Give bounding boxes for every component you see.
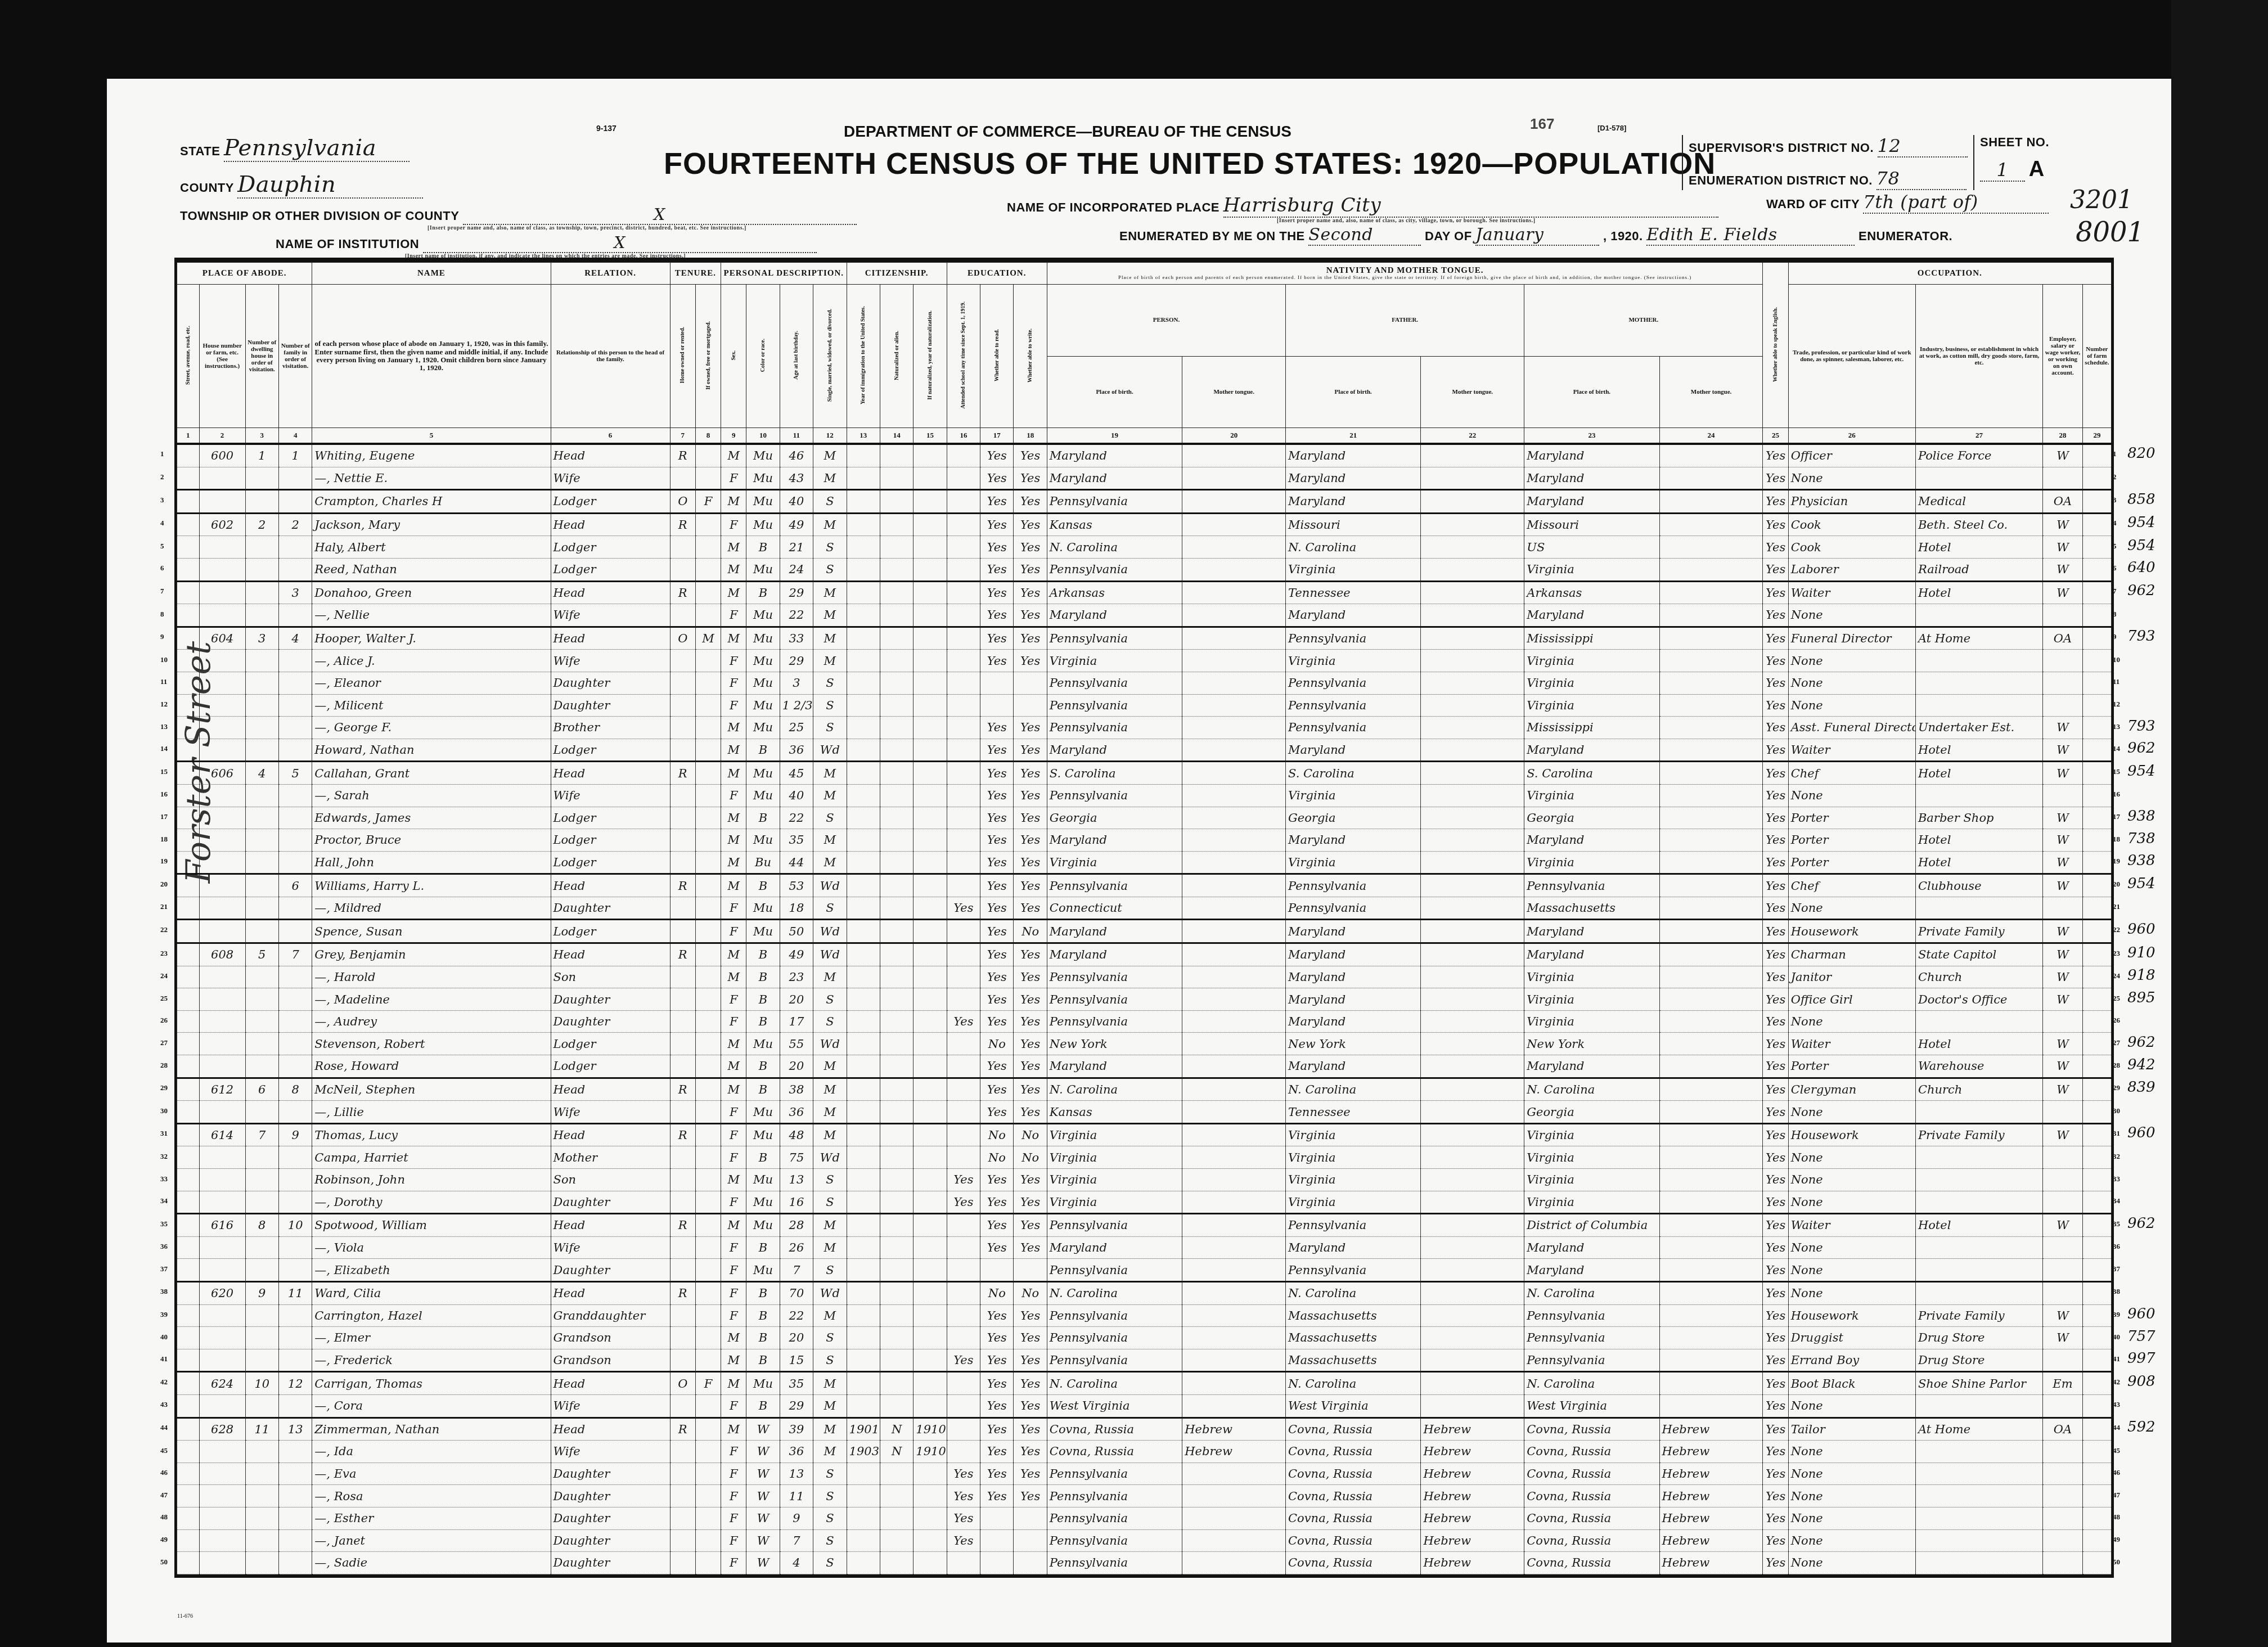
cell-pob: Pennsylvania (1047, 694, 1182, 717)
cell-natyr (913, 1010, 947, 1033)
cell-fpob: Pennsylvania (1286, 1259, 1421, 1282)
cell-mpob: Mississippi (1524, 627, 1659, 650)
line-number: 37 (160, 1264, 168, 1273)
occupation-code: 954 (2127, 875, 2155, 892)
cell-english: Yes (1763, 1441, 1788, 1463)
cell-fpob: Covna, Russia (1286, 1485, 1421, 1507)
column-number: 27 (1915, 428, 2042, 444)
cell-sex: F (721, 1010, 746, 1033)
cell-marital: M (813, 1236, 847, 1259)
cell-school (947, 1236, 980, 1259)
cell-tongue (1182, 1327, 1286, 1349)
cell-immig (847, 739, 880, 762)
cell-industry: Drug Store (1915, 1349, 2042, 1372)
line-number-right: 2 (2113, 472, 2117, 481)
cell-sex: F (721, 1123, 746, 1146)
cell-nat (880, 1101, 913, 1124)
cell-nat (880, 1033, 913, 1055)
cell-age: 36 (780, 1101, 813, 1124)
cell-industry: At Home (1915, 627, 2042, 650)
cell-industry: Clubhouse (1915, 874, 2042, 897)
cell-class: W (2043, 807, 2083, 829)
cell-sex: F (721, 897, 746, 920)
cell-mtongue (1659, 920, 1763, 943)
cell-street (177, 650, 200, 672)
cell-house: 624 (199, 1372, 245, 1395)
col-header-14: Naturalized or alien. (880, 285, 913, 428)
cell-natyr (913, 874, 947, 897)
cell-mpob: Maryland (1524, 1236, 1659, 1259)
line-number-right: 6 (2113, 564, 2117, 573)
table-row: —, JanetDaughterFW7SYesPennsylvaniaCovna… (177, 1529, 2112, 1552)
cell-ftongue (1421, 1394, 1524, 1417)
cell-natyr (913, 1349, 947, 1372)
cell-school (947, 1123, 980, 1146)
cell-class: W (2043, 1214, 2083, 1237)
district-block: SUPERVISOR'S DISTRICT NO. 12 ENUMERATION… (1682, 135, 1974, 190)
cell-write: No (1014, 920, 1047, 943)
cell-sex: M (721, 536, 746, 559)
line-number-right: 8 (2113, 610, 2117, 619)
line-number-right: 47 (2113, 1491, 2120, 1500)
cell-industry: Beth. Steel Co. (1915, 513, 2042, 536)
cell-tongue (1182, 829, 1286, 852)
cell-farm (2082, 1146, 2111, 1169)
cell-pob: Maryland (1047, 1055, 1182, 1078)
cell-farm (2082, 1507, 2111, 1529)
cell-school (947, 490, 980, 514)
cell-age: 26 (780, 1236, 813, 1259)
cell-race: W (746, 1485, 780, 1507)
cell-mpob: S. Carolina (1524, 762, 1659, 785)
cell-english: Yes (1763, 694, 1788, 717)
cell-nat (880, 943, 913, 966)
cell-immig (847, 1033, 880, 1055)
cell-immig (847, 1529, 880, 1552)
cell-school (947, 1078, 980, 1101)
cell-tongue (1182, 874, 1286, 897)
cell-english: Yes (1763, 1191, 1788, 1214)
cell-class (2043, 1010, 2083, 1033)
cell-industry: Church (1915, 966, 2042, 988)
cell-english: Yes (1763, 672, 1788, 694)
cell-own (670, 807, 695, 829)
cell-name: —, Elizabeth (312, 1259, 551, 1282)
cell-tongue (1182, 1214, 1286, 1237)
line-number: 7 (160, 587, 164, 596)
cell-english: Yes (1763, 1259, 1788, 1282)
cell-trade: None (1788, 1529, 1915, 1552)
cell-fpob: Tennessee (1286, 581, 1421, 604)
line-number-right: 48 (2113, 1513, 2120, 1522)
cell-marital: S (813, 1529, 847, 1552)
cell-mort (695, 1441, 721, 1463)
column-number: 9 (721, 428, 746, 444)
cell-own (670, 1394, 695, 1417)
county-label: COUNTY (180, 181, 234, 195)
cell-race: Mu (746, 1259, 780, 1282)
cell-ftongue (1421, 1078, 1524, 1101)
cell-house (199, 1169, 245, 1191)
cell-mtongue (1659, 1191, 1763, 1214)
cell-own: R (670, 444, 695, 467)
cell-ftongue (1421, 717, 1524, 739)
cell-school: Yes (947, 1010, 980, 1033)
cell-relation: Grandson (551, 1327, 670, 1349)
cell-write: Yes (1014, 1485, 1047, 1507)
cell-pob: Connecticut (1047, 897, 1182, 920)
cell-own (670, 467, 695, 490)
cell-house (199, 784, 245, 807)
cell-nat (880, 1304, 913, 1327)
cell-age: 38 (780, 1078, 813, 1101)
cell-mpob: Maryland (1524, 943, 1659, 966)
table-row: Carrington, HazelGranddaughterFB22MYesYe… (177, 1304, 2112, 1327)
cell-natyr (913, 1485, 947, 1507)
cell-class: W (2043, 581, 2083, 604)
cell-pob: Virginia (1047, 650, 1182, 672)
cell-age: 33 (780, 627, 813, 650)
cell-mpob: Covna, Russia (1524, 1485, 1659, 1507)
nativity-note: Place of birth of each person and parent… (1048, 275, 1762, 281)
cell-own (670, 1010, 695, 1033)
cell-name: —, Mildred (312, 897, 551, 920)
cell-family (278, 536, 312, 559)
cell-trade: None (1788, 467, 1915, 490)
cell-read (980, 694, 1014, 717)
cell-name: —, Lillie (312, 1101, 551, 1124)
cell-trade: Physician (1788, 490, 1915, 514)
occupation-code: 910 (2127, 944, 2155, 961)
table-row: 3Donahoo, GreenHeadRMB29MYesYesArkansasT… (177, 581, 2112, 604)
col-header-1: Street, avenue, road, etc. (177, 285, 200, 428)
cell-read: Yes (980, 851, 1014, 874)
cell-mort (695, 829, 721, 852)
cell-dwelling (245, 1394, 278, 1417)
cell-age: 39 (780, 1417, 813, 1441)
cell-mpob: Virginia (1524, 650, 1659, 672)
cell-ftongue (1421, 1010, 1524, 1033)
cell-ftongue (1421, 988, 1524, 1011)
cell-dwelling (245, 650, 278, 672)
cell-ftongue (1421, 536, 1524, 559)
cell-dwelling: 7 (245, 1123, 278, 1146)
cell-immig (847, 1146, 880, 1169)
cell-industry (1915, 1236, 2042, 1259)
cell-class (2043, 1441, 2083, 1463)
cell-age: 45 (780, 762, 813, 785)
cell-mort (695, 807, 721, 829)
cell-relation: Daughter (551, 694, 670, 717)
cell-mort (695, 1485, 721, 1507)
cell-marital: S (813, 1169, 847, 1191)
cell-mort (695, 1123, 721, 1146)
cell-dwelling (245, 694, 278, 717)
cell-trade: Druggist (1788, 1327, 1915, 1349)
cell-pob: West Virginia (1047, 1394, 1182, 1417)
col-header-22: Mother tongue. (1421, 356, 1524, 428)
line-number-right: 20 (2113, 880, 2120, 889)
line-number: 48 (160, 1513, 168, 1522)
cell-industry: Hotel (1915, 536, 2042, 559)
cell-farm (2082, 1236, 2111, 1259)
cell-school (947, 1055, 980, 1078)
cell-dwelling (245, 784, 278, 807)
cell-farm (2082, 694, 2111, 717)
cell-street (177, 762, 200, 785)
cell-age: 20 (780, 1327, 813, 1349)
cell-relation: Son (551, 1169, 670, 1191)
cell-race: Mu (746, 650, 780, 672)
cell-english: Yes (1763, 1304, 1788, 1327)
line-number-right: 37 (2113, 1264, 2120, 1273)
col-header-16: Attended school any time since Sept. 1, … (947, 285, 980, 428)
cell-marital: M (813, 784, 847, 807)
cell-dwelling: 8 (245, 1214, 278, 1237)
cell-tongue (1182, 467, 1286, 490)
cell-natyr (913, 1281, 947, 1304)
cell-age: 55 (780, 1033, 813, 1055)
occupation-code: 938 (2127, 852, 2155, 869)
cell-age: 49 (780, 513, 813, 536)
cell-family: 13 (278, 1417, 312, 1441)
cell-sex: F (721, 650, 746, 672)
cell-relation: Lodger (551, 490, 670, 514)
margin-number-1: 3201 (2070, 186, 2133, 214)
cell-english: Yes (1763, 829, 1788, 852)
cell-street (177, 739, 200, 762)
cell-sex: M (721, 851, 746, 874)
cell-mpob: N. Carolina (1524, 1372, 1659, 1395)
col-header-13: Year of immigration to the United States… (847, 285, 880, 428)
cell-ftongue (1421, 1327, 1524, 1349)
cell-marital: Wd (813, 1146, 847, 1169)
line-number-right: 22 (2113, 925, 2120, 934)
cell-english: Yes (1763, 784, 1788, 807)
cell-mtongue (1659, 444, 1763, 467)
cell-read: No (980, 1281, 1014, 1304)
cell-own (670, 604, 695, 627)
cell-industry: Barber Shop (1915, 807, 2042, 829)
cell-natyr (913, 536, 947, 559)
cell-immig (847, 1214, 880, 1237)
cell-ftongue (1421, 1236, 1524, 1259)
cell-street (177, 784, 200, 807)
cell-natyr (913, 1529, 947, 1552)
cell-nat (880, 1146, 913, 1169)
cell-tongue (1182, 1372, 1286, 1395)
cell-school (947, 1281, 980, 1304)
cell-immig (847, 694, 880, 717)
cell-class (2043, 897, 2083, 920)
cell-farm (2082, 1529, 2111, 1552)
cell-relation: Lodger (551, 1033, 670, 1055)
cell-nat (880, 1214, 913, 1237)
cell-name: McNeil, Stephen (312, 1078, 551, 1101)
line-number-right: 3 (2113, 496, 2117, 505)
cell-race: Mu (746, 1191, 780, 1214)
cell-street (177, 1169, 200, 1191)
cell-natyr (913, 1372, 947, 1395)
cell-relation: Daughter (551, 1485, 670, 1507)
cell-race: Mu (746, 490, 780, 514)
cell-marital: S (813, 1259, 847, 1282)
cell-write: No (1014, 1146, 1047, 1169)
cell-age: 20 (780, 1055, 813, 1078)
line-number: 31 (160, 1129, 168, 1138)
cell-street (177, 851, 200, 874)
cell-relation: Wife (551, 467, 670, 490)
cell-relation: Daughter (551, 1552, 670, 1574)
column-number: 21 (1286, 428, 1421, 444)
cell-family: 12 (278, 1372, 312, 1395)
cell-farm (2082, 966, 2111, 988)
line-number-right: 30 (2113, 1106, 2120, 1115)
form-code: [D1-578] (1597, 124, 1626, 132)
cell-sex: F (721, 604, 746, 627)
cell-nat (880, 1191, 913, 1214)
cell-mpob: Virginia (1524, 672, 1659, 694)
cell-house (199, 1462, 245, 1485)
cell-school (947, 558, 980, 581)
cell-farm (2082, 1281, 2111, 1304)
cell-street (177, 1101, 200, 1124)
cell-street (177, 1123, 200, 1146)
county-value: Dauphin (237, 172, 423, 199)
cell-write (1014, 672, 1047, 694)
cell-tongue (1182, 694, 1286, 717)
cell-race: B (746, 1327, 780, 1349)
cell-age: 18 (780, 897, 813, 920)
cell-street (177, 1214, 200, 1237)
cell-tongue (1182, 1349, 1286, 1372)
cell-write (1014, 1259, 1047, 1282)
line-number: 49 (160, 1535, 168, 1544)
cell-farm (2082, 536, 2111, 559)
occupation-code: 938 (2127, 808, 2155, 825)
line-number-right: 23 (2113, 949, 2120, 958)
line-number: 3 (160, 496, 164, 505)
line-number-right: 10 (2113, 655, 2120, 664)
cell-nat (880, 672, 913, 694)
cell-pob: Pennsylvania (1047, 1010, 1182, 1033)
supervisor-district-field: SUPERVISOR'S DISTRICT NO. 12 (1689, 135, 1968, 157)
cell-pob: New York (1047, 1033, 1182, 1055)
cell-write: Yes (1014, 536, 1047, 559)
enumerated-label: ENUMERATED BY ME ON THE (1119, 229, 1305, 243)
line-number: 40 (160, 1333, 168, 1342)
cell-nat (880, 1507, 913, 1529)
cell-school (947, 1146, 980, 1169)
sheet-label: SHEET NO. (1980, 135, 2049, 150)
cell-age: 13 (780, 1169, 813, 1191)
cell-trade: None (1788, 1101, 1915, 1124)
cell-school (947, 920, 980, 943)
cell-mpob: Virginia (1524, 851, 1659, 874)
table-row: —, AudreyDaughterFB17SYesYesYesPennsylva… (177, 1010, 2112, 1033)
cell-mtongue (1659, 1101, 1763, 1124)
cell-house (199, 966, 245, 988)
cell-fpob: Virginia (1286, 784, 1421, 807)
cell-race: B (746, 1078, 780, 1101)
cell-farm (2082, 1191, 2111, 1214)
cell-mpob: Covna, Russia (1524, 1462, 1659, 1485)
cell-natyr (913, 762, 947, 785)
cell-race: Mu (746, 1169, 780, 1191)
cell-pob: Covna, Russia (1047, 1417, 1182, 1441)
cell-relation: Lodger (551, 829, 670, 852)
line-number: 23 (160, 949, 168, 958)
occupation-code: 962 (2127, 740, 2155, 757)
cell-house: 608 (199, 943, 245, 966)
cell-street (177, 874, 200, 897)
cell-age: 44 (780, 851, 813, 874)
cell-industry: Private Family (1915, 1304, 2042, 1327)
supervisor-label: SUPERVISOR'S DISTRICT NO. (1689, 141, 1874, 155)
cell-race: Mu (746, 1033, 780, 1055)
cell-mtongue (1659, 1214, 1763, 1237)
cell-name: —, George F. (312, 717, 551, 739)
cell-class: W (2043, 739, 2083, 762)
cell-natyr (913, 1191, 947, 1214)
cell-family: 5 (278, 762, 312, 785)
cell-house (199, 1349, 245, 1372)
cell-ftongue (1421, 966, 1524, 988)
cell-tongue (1182, 490, 1286, 514)
cell-age: 29 (780, 650, 813, 672)
cell-own (670, 1236, 695, 1259)
cell-fpob: Maryland (1286, 1236, 1421, 1259)
cell-relation: Daughter (551, 1010, 670, 1033)
cell-natyr (913, 1259, 947, 1282)
table-row: —, MadelineDaughterFB20SYesYesPennsylvan… (177, 988, 2112, 1011)
cell-mtongue: Hebrew (1659, 1529, 1763, 1552)
cell-school: Yes (947, 1191, 980, 1214)
cell-nat (880, 1169, 913, 1191)
cell-name: —, Ida (312, 1441, 551, 1463)
cell-mort (695, 739, 721, 762)
cell-industry: Hotel (1915, 739, 2042, 762)
cell-mtongue (1659, 966, 1763, 988)
cell-class (2043, 1191, 2083, 1214)
cell-relation: Lodger (551, 1055, 670, 1078)
table-row: —, CoraWifeFB29MYesYesWest VirginiaWest … (177, 1394, 2112, 1417)
cell-natyr (913, 1462, 947, 1485)
cell-tongue (1182, 1191, 1286, 1214)
cell-house (199, 717, 245, 739)
col-header-10: Color or race. (746, 285, 780, 428)
cell-sex: F (721, 1281, 746, 1304)
cell-mort: F (695, 490, 721, 514)
cell-mtongue: Hebrew (1659, 1462, 1763, 1485)
cell-farm (2082, 762, 2111, 785)
cell-name: Williams, Harry L. (312, 874, 551, 897)
occupation-code: 839 (2127, 1079, 2155, 1096)
line-number: 32 (160, 1152, 168, 1161)
cell-english: Yes (1763, 1236, 1788, 1259)
cell-write: Yes (1014, 1394, 1047, 1417)
cell-mtongue (1659, 762, 1763, 785)
cell-race: Mu (746, 1101, 780, 1124)
cell-pob: Virginia (1047, 1191, 1182, 1214)
cell-dwelling (245, 1146, 278, 1169)
line-number-right: 41 (2113, 1354, 2120, 1363)
cell-school (947, 536, 980, 559)
department-heading: DEPARTMENT OF COMMERCE—BUREAU OF THE CEN… (844, 123, 1291, 141)
cell-name: —, Eleanor (312, 672, 551, 694)
cell-mpob: Massachusetts (1524, 897, 1659, 920)
cell-mpob: Virginia (1524, 966, 1659, 988)
